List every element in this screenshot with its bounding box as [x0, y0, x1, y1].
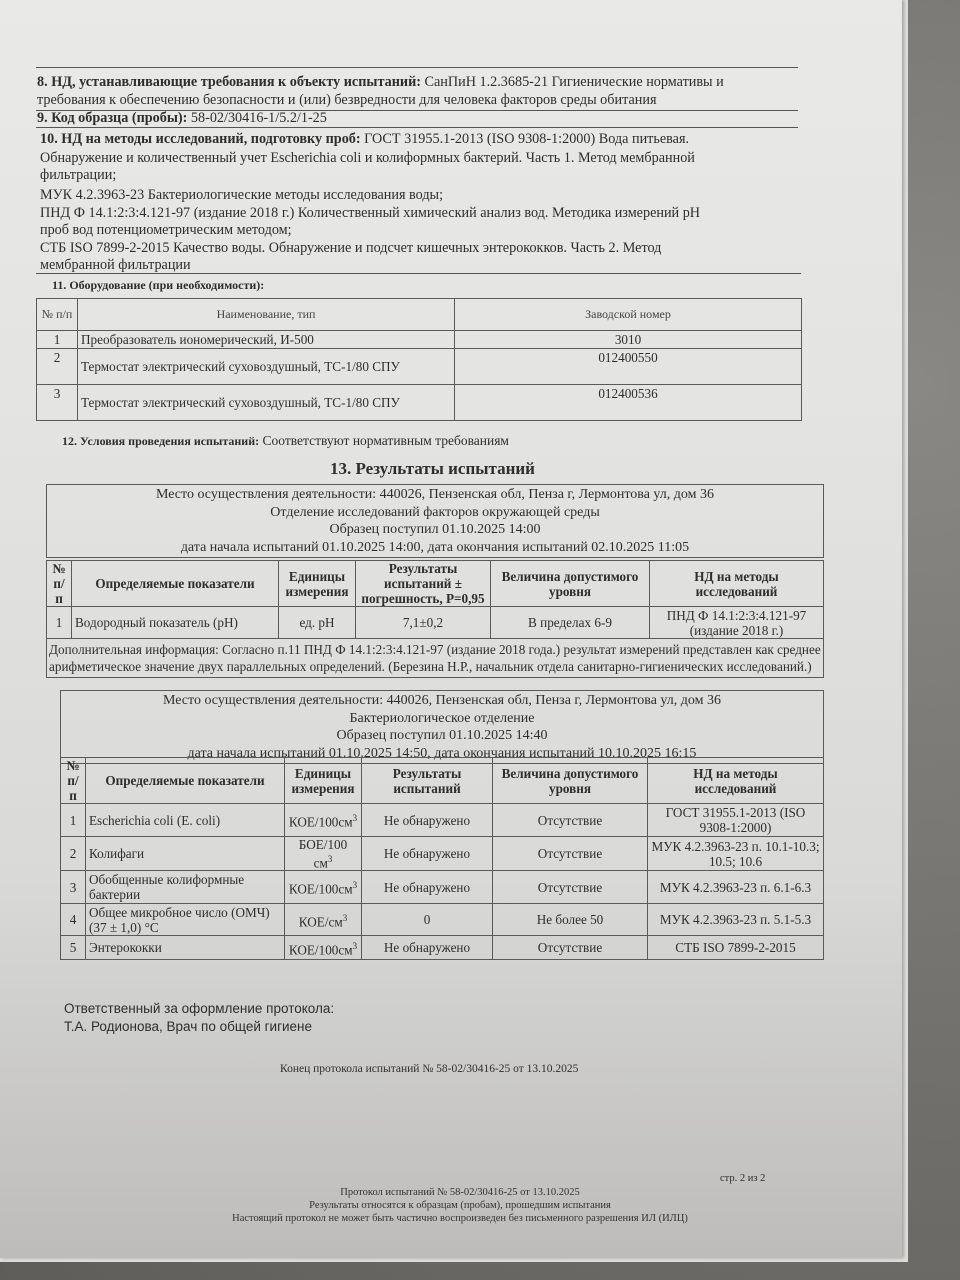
section-11-label: 11. Оборудование (при необходимости):: [52, 277, 264, 295]
results-block-2-header: Место осуществления деятельности: 440026…: [60, 690, 824, 764]
footer-line-2: Результаты относятся к образцам (пробам)…: [180, 1199, 740, 1212]
section-8-line-2: требования к обеспечению безопасности и …: [37, 92, 656, 110]
table-row: 3 Термостат электрический суховоздушный,…: [37, 385, 802, 421]
place-of-activity: Место осуществления деятельности: 440026…: [51, 486, 819, 504]
document-page: 8. НД, устанавливающие требования к объе…: [0, 0, 902, 1258]
responsible-person: Т.А. Родионова, Врач по общей гигиене: [64, 1018, 312, 1036]
table-row: 2 Колифаги БОЕ/100 см3 Не обнаружено Отс…: [61, 837, 824, 871]
test-dates: дата начала испытаний 01.10.2025 14:00, …: [51, 539, 819, 557]
table-row: 1 Водородный показатель (pH) ед. pH 7,1±…: [47, 607, 824, 639]
section-9-label: 9. Код образца (пробы):: [37, 110, 187, 126]
section-10-line: МУК 4.2.3963-23 Бактериологические метод…: [40, 187, 443, 205]
results-table-header: № п/п Определяемые показатели Единицы из…: [61, 758, 824, 804]
section-10-line: мембранной фильтрации: [40, 257, 191, 275]
additional-info-row: Дополнительная информация: Согласно п.11…: [47, 639, 824, 678]
section-10-line: Обнаружение и количественный учет Escher…: [40, 150, 695, 168]
footer-line-1: Протокол испытаний № 58-02/30416-25 от 1…: [180, 1186, 740, 1199]
section-10-line: фильтрации;: [40, 167, 116, 185]
table-row: 5 Энтерококки КОЕ/100см3 Не обнаружено О…: [61, 936, 824, 960]
section-8-label: 8. НД, устанавливающие требования к объе…: [37, 74, 421, 90]
divider: [36, 67, 798, 68]
section-8-text: СанПиН 1.2.3685-21 Гигиенические нормати…: [421, 74, 724, 90]
section-12: 12. Условия проведения испытаний: Соотве…: [62, 432, 509, 451]
table-row: 3 Обобщенные колиформные бактерии КОЕ/10…: [61, 871, 824, 904]
section-10-line-0: 10. НД на методы исследований, подготовк…: [40, 131, 689, 149]
section-9: 9. Код образца (пробы): 58-02/30416-1/5.…: [37, 110, 327, 128]
table-row: 2 Термостат электрический суховоздушный,…: [37, 349, 802, 385]
page-number: стр. 2 из 2: [720, 1172, 765, 1185]
results-table-1: № п/п Определяемые показатели Единицы из…: [46, 560, 824, 678]
equipment-table: № п/п Наименование, тип Заводской номер …: [36, 298, 802, 421]
section-10-label: 10. НД на методы исследований, подготовк…: [40, 131, 361, 147]
results-table-header: № п/п Определяемые показатели Единицы из…: [47, 561, 824, 607]
col-number: № п/п: [37, 299, 78, 331]
end-of-protocol: Конец протокола испытаний № 58-02/30416-…: [280, 1063, 578, 1076]
sample-code: 58-02/30416-1/5.2/1-25: [187, 110, 327, 126]
footer-line-3: Настоящий протокол не может быть частичн…: [140, 1212, 780, 1225]
department: Бактериологическое отделение: [65, 710, 819, 728]
col-serial: Заводской номер: [455, 299, 802, 331]
department: Отделение исследований факторов окружающ…: [51, 504, 819, 522]
section-8-line-1: 8. НД, устанавливающие требования к объе…: [37, 74, 724, 92]
results-title: 13. Результаты испытаний: [330, 459, 535, 479]
results-table-2: № п/п Определяемые показатели Единицы из…: [60, 757, 824, 960]
sample-received: Образец поступил 01.10.2025 14:40: [65, 727, 819, 745]
sample-received: Образец поступил 01.10.2025 14:00: [51, 521, 819, 539]
results-block-1-header: Место осуществления деятельности: 440026…: [46, 484, 824, 558]
test-conditions: Соответствуют нормативным требованиям: [259, 433, 509, 448]
section-10-line: проб вод потенциометрическим методом;: [40, 222, 292, 240]
col-name: Наименование, тип: [78, 299, 455, 331]
divider: [36, 127, 798, 128]
equipment-table-header: № п/п Наименование, тип Заводской номер: [37, 299, 802, 331]
table-row: 4 Общее микробное число (ОМЧ) (37 ± 1,0)…: [61, 904, 824, 936]
table-row: 1 Преобразователь иономерический, И-500 …: [37, 331, 802, 349]
table-row: 1 Escherichia coli (E. coli) КОЕ/100см3 …: [61, 804, 824, 837]
additional-info: Дополнительная информация: Согласно п.11…: [47, 639, 824, 678]
place-of-activity: Место осуществления деятельности: 440026…: [65, 692, 819, 710]
section-12-label: 12. Условия проведения испытаний:: [62, 434, 259, 448]
section-10-line: СТБ ISO 7899-2-2015 Качество воды. Обнар…: [40, 240, 661, 258]
responsible-label: Ответственный за оформление протокола:: [64, 1000, 334, 1018]
divider: [36, 273, 801, 274]
section-10-line: ПНД Ф 14.1:2:3:4.121-97 (издание 2018 г.…: [40, 205, 700, 223]
